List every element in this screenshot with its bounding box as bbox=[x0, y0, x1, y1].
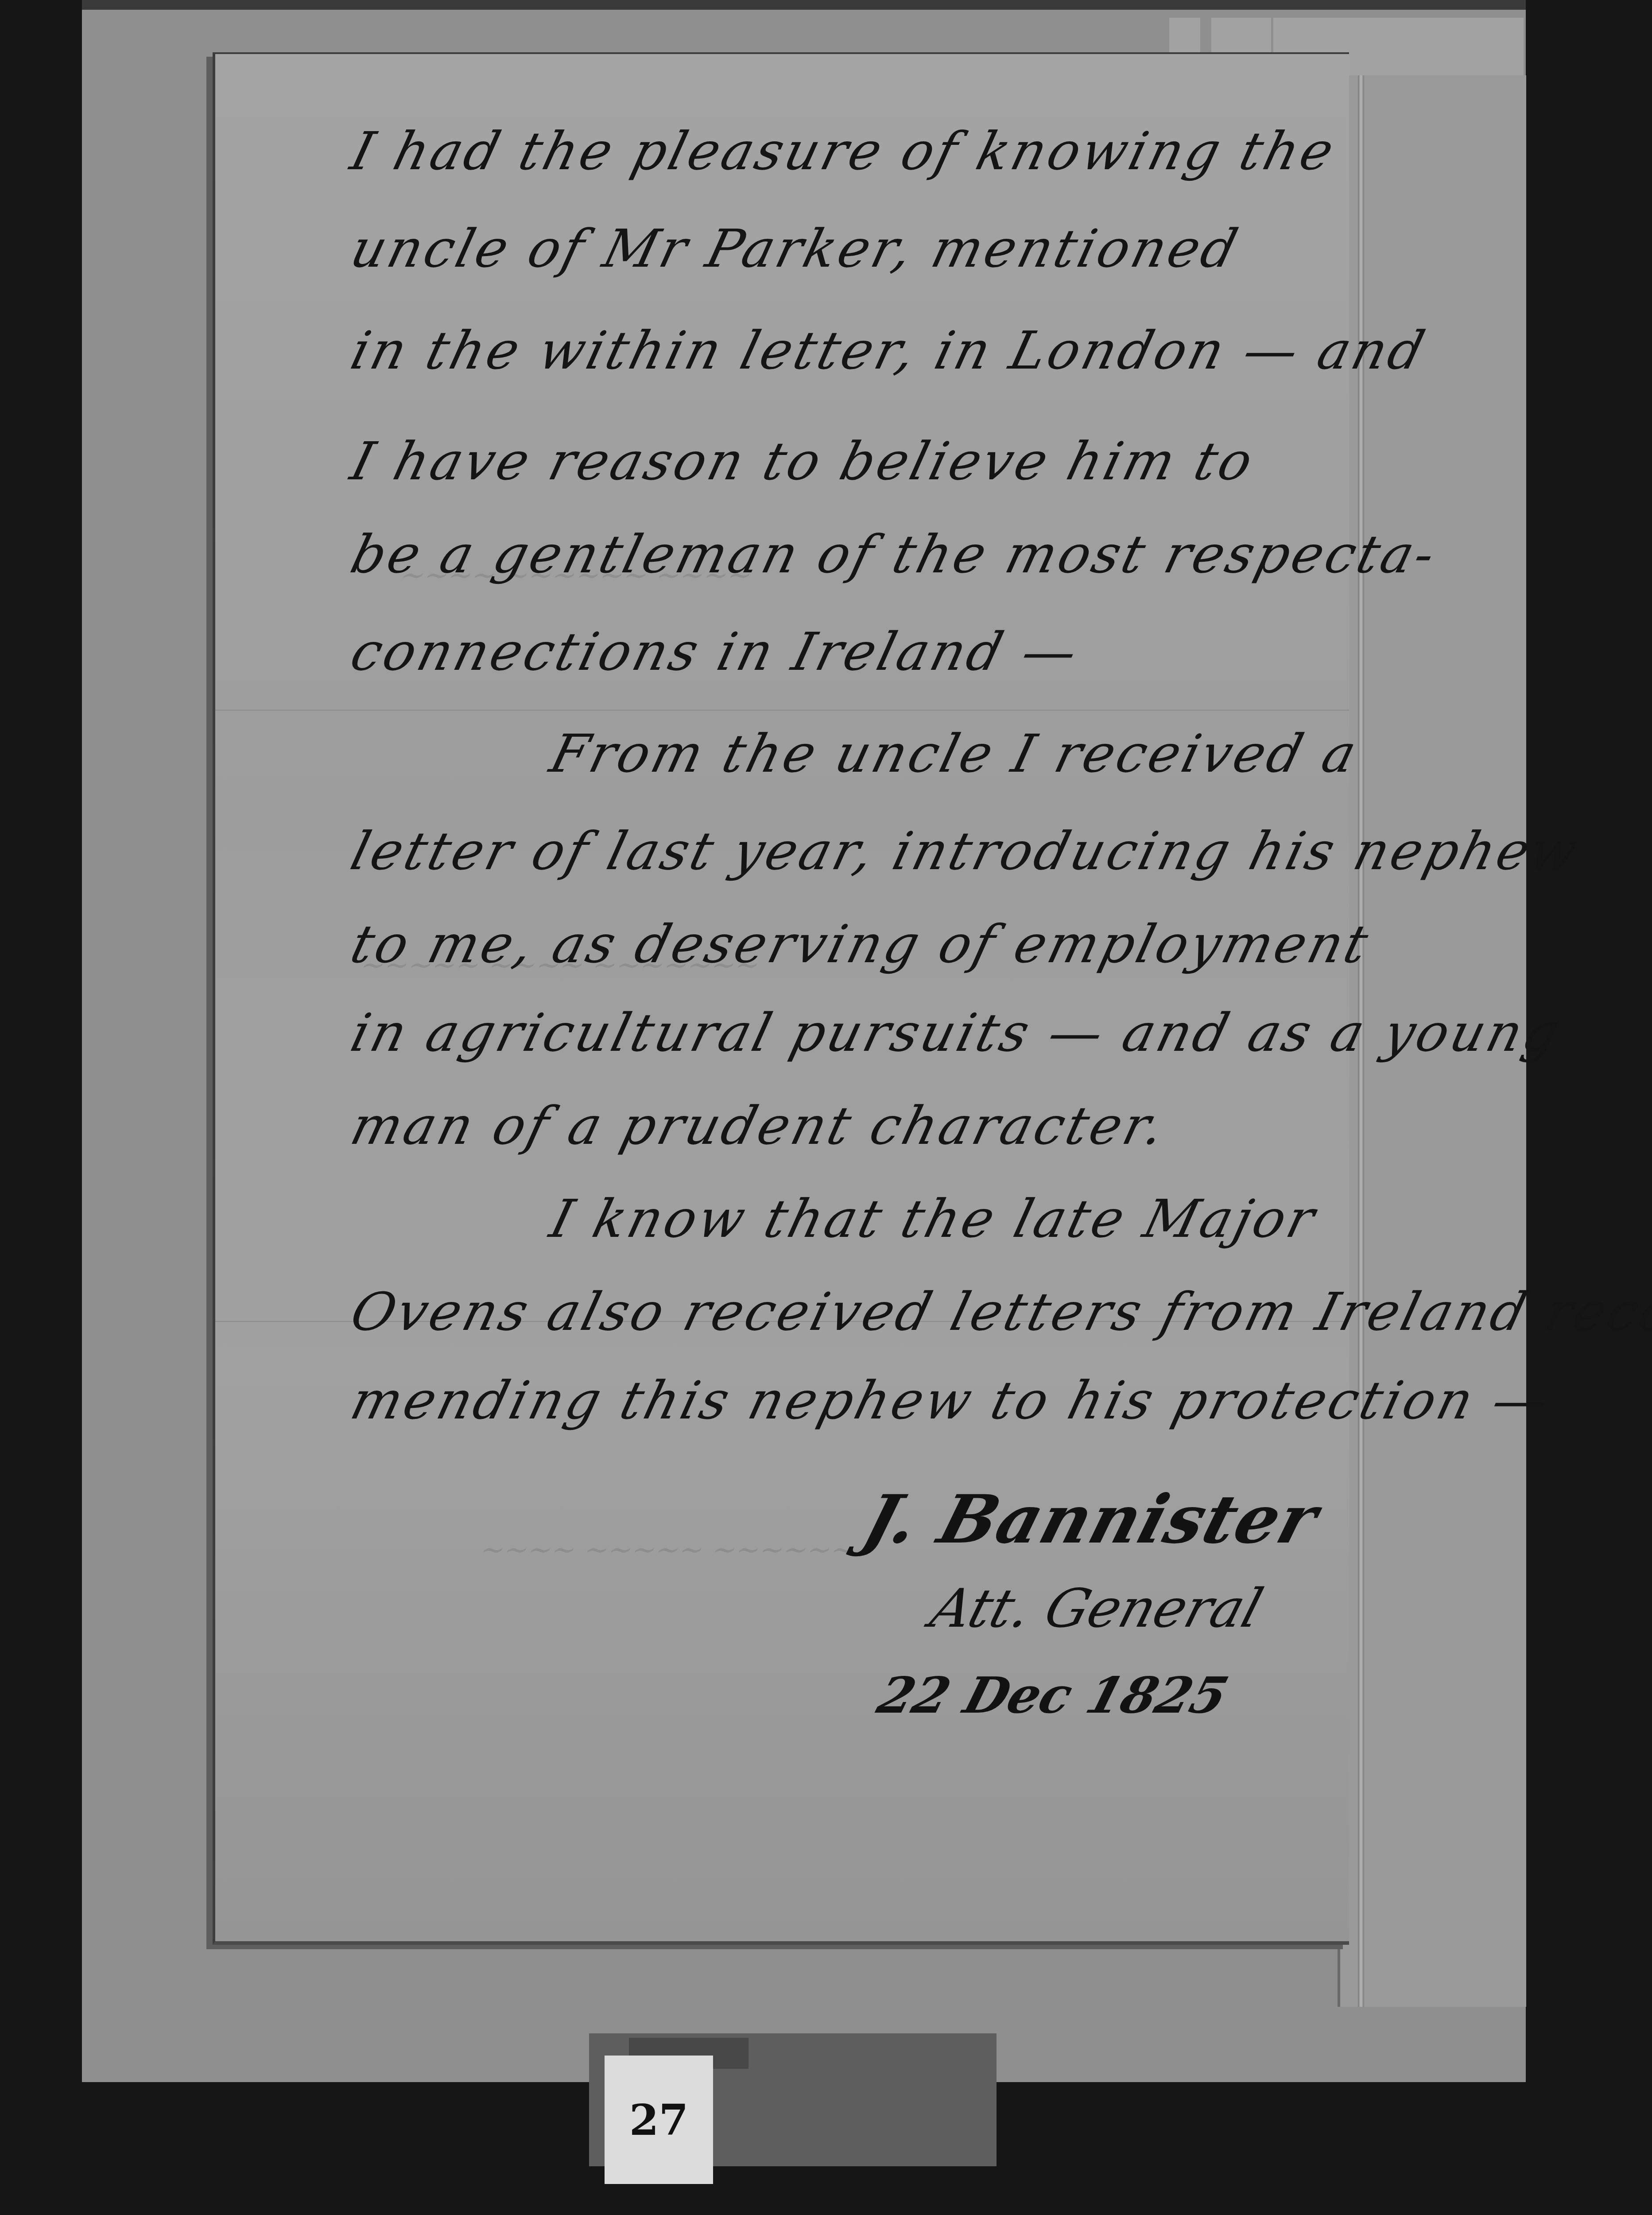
signature-date: 22 Dec 1825 bbox=[871, 1667, 1234, 1725]
signature-name: J. Bannister bbox=[855, 1481, 1327, 1558]
letter-line: letter of last year, introducing his nep… bbox=[345, 820, 1586, 882]
letter-line: I had the pleasure of knowing the bbox=[345, 120, 1342, 182]
letter-line: I know that the late Major bbox=[544, 1188, 1323, 1249]
bleed-through-text: ~~~~ ~~~~~ ~~~~~~ bbox=[476, 1534, 861, 1566]
letter-line: Ovens also received letters from Ireland… bbox=[345, 1281, 1652, 1342]
letter-line: connections in Ireland — bbox=[345, 621, 1086, 682]
letter-line: mending this nephew to his protection — bbox=[345, 1370, 1556, 1431]
letter-line: be a gentleman of the most respecta- bbox=[345, 524, 1444, 585]
letter-line: uncle of Mr Parker, mentioned bbox=[345, 218, 1246, 279]
letter-line: From the uncle I received a bbox=[544, 723, 1365, 784]
letter-line: man of a prudent character. bbox=[345, 1095, 1173, 1156]
letter-line: in agricultural pursuits — and as a youn… bbox=[345, 1002, 1568, 1063]
fold-line bbox=[215, 710, 1349, 711]
letter-line: in the within letter, in London — and bbox=[345, 320, 1433, 381]
letter-line: I have reason to believe him to bbox=[345, 431, 1261, 492]
letter-line: to me, as deserving of employment bbox=[345, 913, 1377, 975]
page-number-label: 27 bbox=[605, 2056, 713, 2184]
signature-title: Att. General bbox=[924, 1578, 1269, 1640]
letter-sheet: ~~~~ ~~~~~~ ~~~~ ~~~~~ ~~~~ ~~~~~~~ ~~~~… bbox=[213, 52, 1349, 1945]
